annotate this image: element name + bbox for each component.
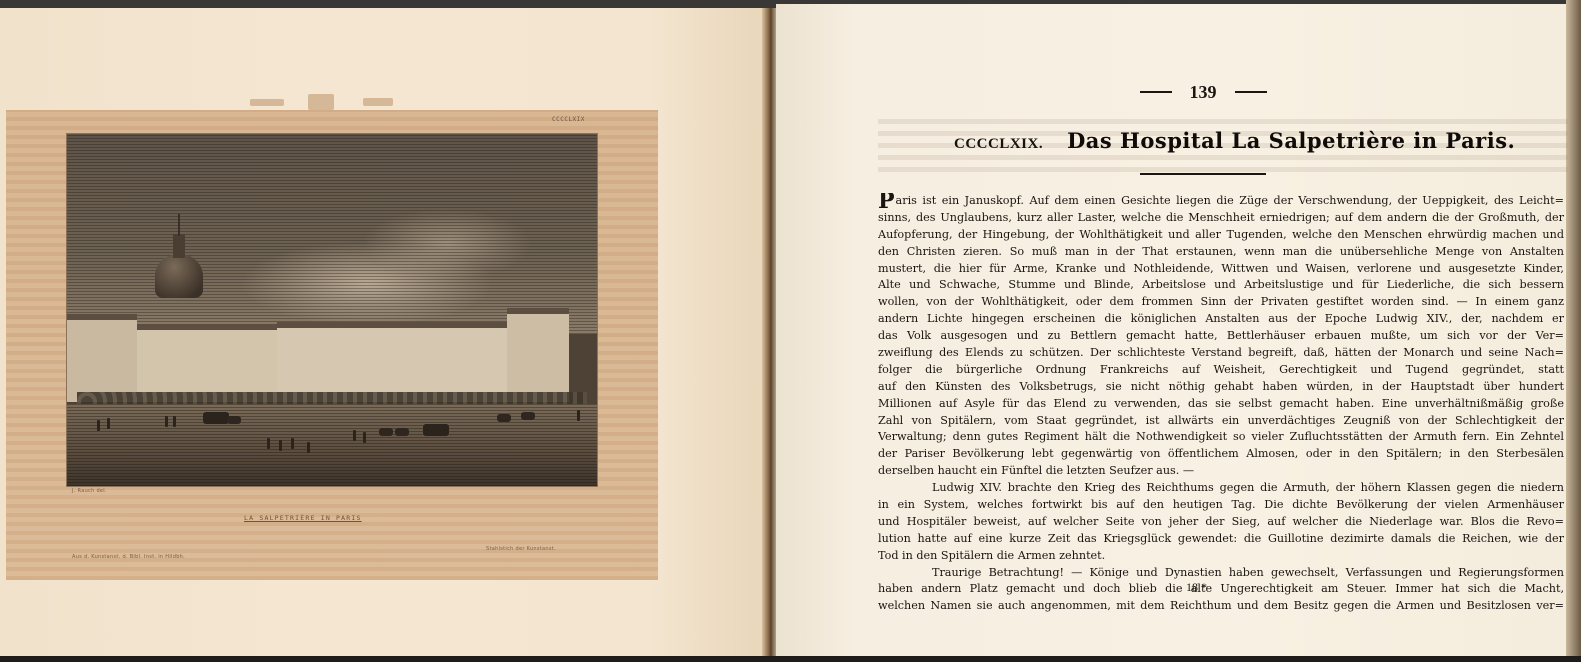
heading-rule [1140,173,1266,175]
article-body: Paris ist ein Januskopf. Auf dem einen G… [878,193,1564,615]
text-line: sinns, des Unglaubens, kurz aller Laster… [878,210,1564,227]
engraving-building [67,294,597,404]
chapter-heading: CCCCLXIX. Das Hospital La Salpetrière in… [954,128,1554,153]
paragraph: Ludwig XIV. brachte den Krieg des Reicht… [878,480,1564,564]
text-line: Paris ist ein Januskopf. Auf dem einen G… [878,193,1564,210]
chapter-number: CCCCLXIX. [954,136,1043,153]
signature-mark: 18 * [1186,580,1207,595]
text-line: Millionen auf Asyle für das Elend zu ver… [878,396,1564,413]
page-fore-edge [1566,0,1581,662]
paragraph: Traurige Betrachtung! — Könige und Dynas… [878,565,1564,616]
drop-cap: P [878,193,895,209]
scan-bottom-edge [0,656,1581,662]
engraver-credit: Stahlstich der Kunstanst. [486,546,556,552]
text-line: andern Lichte hingegen erscheinen die kö… [878,311,1564,328]
text-line: folger die bürgerliche Ordnung Frankreic… [878,362,1564,379]
text-line: derselben haucht ein Fünftel die letzten… [878,463,1564,480]
chapter-title: Das Hospital La Salpetrière in Paris. [1067,128,1515,153]
text-line: Traurige Betrachtung! — Könige und Dynas… [878,565,1564,582]
text-line: auf den Künsten des Volksbetrugs, sie ni… [878,379,1564,396]
plate-number: CCCCLXIX [552,116,585,123]
text-line: welchen Namen sie auch angenommen, mit d… [878,598,1564,615]
text-line: Tod in den Spitälern die Armen zehntet. [878,548,1564,565]
text-line: Verwaltung; denn gutes Regiment hält die… [878,429,1564,446]
text-line: den Christen zieren. So muß man in der T… [878,244,1564,261]
page-number: 139 [1190,82,1217,103]
text-line: Aufopferung, der Hingebung, der Wohlthät… [878,227,1564,244]
header-dash-left [1140,91,1172,93]
paragraph: Paris ist ein Januskopf. Auf dem einen G… [878,193,1564,480]
text-line: Ludwig XIV. brachte den Krieg des Reicht… [878,480,1564,497]
text-line: wollen, von der Wohlthätigkeit, oder dem… [878,294,1564,311]
text-line: zweiflung des Elends zu schützen. Der sc… [878,345,1564,362]
text-line: der Pariser Bevölkerung lebt gegenwärtig… [878,446,1564,463]
engraving-courtyard [67,404,597,486]
artist-credit: J. Rauch del. [72,488,107,494]
text-line: Alte und Schwache, Stumme und Blinde, Ar… [878,277,1564,294]
plate-caption: LA SALPETRIÈRE IN PARIS [244,514,362,522]
text-line: lution hatte auf eine kurze Zeit das Kri… [878,531,1564,548]
text-line: und Hospitäler beweist, auf welcher Seit… [878,514,1564,531]
text-line: in ein System, welches fortwirkt bis auf… [878,497,1564,514]
page-header: 139 [1128,80,1278,104]
engraving-dome [155,254,203,298]
header-dash-right [1235,91,1267,93]
text-line: das Volk ausgesogen und zu Bettlern gema… [878,328,1564,345]
engraving-plate [66,133,598,487]
text-line: haben andern Platz gemacht und doch blie… [878,581,1564,598]
publisher-credit: Aus d. Kunstanst. d. Bibl. Inst. in Hild… [72,554,185,560]
text-line: Zahl von Spitälern, vom Staat gegründet,… [878,413,1564,430]
text-line: mustert, die hier für Arme, Kranke und N… [878,261,1564,278]
ghost-folio-show-through [250,94,400,110]
